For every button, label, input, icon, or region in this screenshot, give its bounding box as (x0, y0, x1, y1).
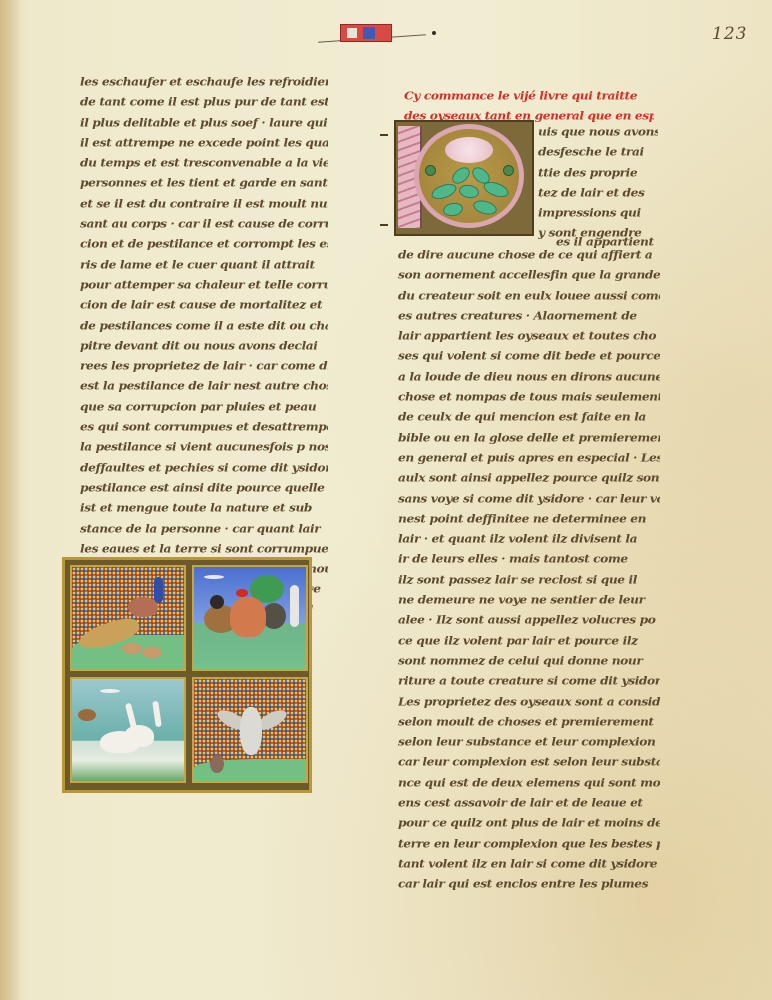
initial-letter-bowl (414, 124, 524, 228)
text-line: riture a toute creature si come dit ysid… (398, 672, 660, 690)
miniature-panel-swans (70, 677, 186, 783)
text-line: de ceulx de qui mencion est faite en la (398, 408, 660, 426)
text-line: selon leur substance et leur complexion (398, 733, 660, 751)
hen-head (210, 595, 224, 609)
rooster (230, 597, 266, 637)
text-line: pitre devant dit ou nous avons declai (80, 337, 328, 355)
four-panel-bird-miniature (62, 557, 312, 793)
text-line: pestilance est ainsi dite pource quelle … (80, 479, 328, 497)
text-line: Les proprietez des oyseaux sont a consid… (398, 693, 660, 711)
text-line: lair · et quant ilz volent ilz divisent … (398, 530, 660, 548)
text-line: ens cest assavoir de lair et de leaue et (398, 794, 660, 812)
leaf-icon (430, 181, 459, 202)
catchword-decoration (318, 12, 428, 56)
text-line: son aornement accellesfin que la grandeu… (398, 266, 660, 284)
text-line: les eschaufer et eschaufe les refroidier… (80, 73, 328, 91)
text-line: tant volent ilz en lair si come dit ysid… (398, 855, 660, 873)
text-line: de pestilances come il a este dit ou cha (80, 317, 328, 335)
text-line: lair appartient les oyseaux et toutes ch… (398, 327, 660, 345)
text-line: du temps et est tresconvenable a la vie … (80, 154, 328, 172)
heron (290, 585, 299, 627)
left-text-column: les eschaufer et eschaufe les refroidier… (80, 72, 328, 640)
text-line: ir de leurs elles · mais tantost come (398, 550, 660, 568)
gutter-shadow (0, 0, 22, 1000)
text-line: ttie des proprie (538, 164, 658, 182)
text-line: a la loude de dieu nous en dirons aucune (398, 368, 660, 386)
rose-icon (445, 137, 493, 163)
text-line: les eaues et la terre si sont corrumpues (80, 540, 328, 558)
text-line: selon moult de choses et premierement (398, 713, 660, 731)
text-line: ris de lame et le cuer quant il attrait (80, 256, 328, 274)
peahen (142, 647, 162, 658)
miniature-panel-rooster (192, 565, 308, 671)
miniature-panel-peacock (70, 565, 186, 671)
leaf-icon (458, 183, 480, 199)
text-line: en general et puis apres en especial · L… (398, 449, 660, 467)
text-line: ist et mengue toute la nature et sub (80, 499, 328, 517)
peahen (122, 643, 142, 654)
leaf-icon (442, 201, 464, 217)
peacock-neck (154, 577, 163, 603)
text-line: il est attrempe ne excede point les qual… (80, 134, 328, 152)
text-line: cion de lair est cause de mortalitez et (80, 296, 328, 314)
text-line: terre en leur complexion que les bestes … (398, 835, 660, 853)
punctus-dot (432, 31, 436, 35)
text-line: que sa corrupcion par pluies et peau (80, 398, 328, 416)
right-text-column: de dire aucune chose de ce qui affiert a… (398, 245, 660, 895)
text-line: tez de lair et des (538, 184, 658, 202)
rooster-comb (236, 589, 248, 597)
catchword-box (340, 24, 392, 42)
text-line: et se il est du contraire il est moult n… (80, 195, 328, 213)
text-line: pour ce quilz ont plus de lair et moins … (398, 814, 660, 832)
text-line: chose et nompas de tous mais seulement (398, 388, 660, 406)
text-line: pour attemper sa chaleur et telle corrup (80, 276, 328, 294)
text-line: est la pestilance de lair nest autre cho… (80, 377, 328, 395)
text-line: nest point deffinitee ne determinee en (398, 510, 660, 528)
text-line: personnes et les tient et garde en sante (80, 174, 328, 192)
partridge (210, 755, 224, 773)
duck (78, 709, 96, 721)
text-line: de tant come il est plus pur de tant est (80, 93, 328, 111)
miniature-panel-falcon (192, 677, 308, 783)
text-line: car lair qui est enclos entre les plumes (398, 875, 660, 893)
flying-bird (204, 575, 224, 579)
text-line: stance de la personne · car quant lair (80, 520, 328, 538)
text-line: es qui sont corrumpues et desattrempees (80, 418, 328, 436)
text-line: nce qui est de deux elemens qui sont moy (398, 774, 660, 792)
text-line: deffaultes et pechies si come dit ysidor… (80, 459, 328, 477)
folio-number: 123 (712, 24, 747, 44)
text-line: ses qui volent si come dit bede et pourc… (398, 347, 660, 365)
text-line: la pestilance si vient aucunesfois p nos (80, 438, 328, 456)
swan-neck (125, 703, 137, 730)
text-line: sont nommez de celui qui donne nour (398, 652, 660, 670)
text-line: ilz sont passez lair se reclost si que i… (398, 571, 660, 589)
text-line: rees les proprietez de lair · car come d… (80, 357, 328, 375)
text-line: es autres creatures · Alaornement de (398, 307, 660, 325)
text-line: alee · Ilz sont aussi appellez volucres … (398, 611, 660, 629)
text-line: ne demeure ne voye ne sentier de leur (398, 591, 660, 609)
leaf-icon (482, 179, 511, 200)
swan (124, 725, 154, 747)
text-line: de dire aucune chose de ce qui affiert a (398, 246, 660, 264)
text-beside-initial: uis que nous avons desfesche le trai tti… (538, 122, 658, 244)
illuminated-initial-p (374, 112, 534, 236)
falcon-body (240, 707, 262, 755)
leaf-icon (472, 198, 499, 217)
text-line: sans voye si come dit ysidore · car leur… (398, 490, 660, 508)
rubric-line: Cy commance le vijé livre qui traitte (404, 87, 654, 105)
text-line: car leur complexion est selon leur subst… (398, 753, 660, 771)
gull (100, 689, 120, 693)
text-line: du createur soit en eulx louee aussi com… (398, 287, 660, 305)
text-line: desfesche le trai (538, 143, 658, 161)
text-line: sant au corps · car il est cause de corr… (80, 215, 328, 233)
text-line: impressions qui (538, 204, 658, 222)
swan-neck (152, 701, 162, 728)
text-line: aulx sont ainsi appellez pource quilz so… (398, 469, 660, 487)
text-line: bible ou en la glose delle et premiereme… (398, 429, 660, 447)
text-line: ce que ilz volent par lair et pource ilz (398, 632, 660, 650)
manuscript-page: 123 les eschaufer et eschaufe les refroi… (0, 0, 772, 1000)
text-line: il plus delitable et plus soef · laure q… (80, 114, 328, 132)
text-line: cion et de pestilance et corrompt les es… (80, 235, 328, 253)
text-line: uis que nous avons (538, 123, 658, 141)
